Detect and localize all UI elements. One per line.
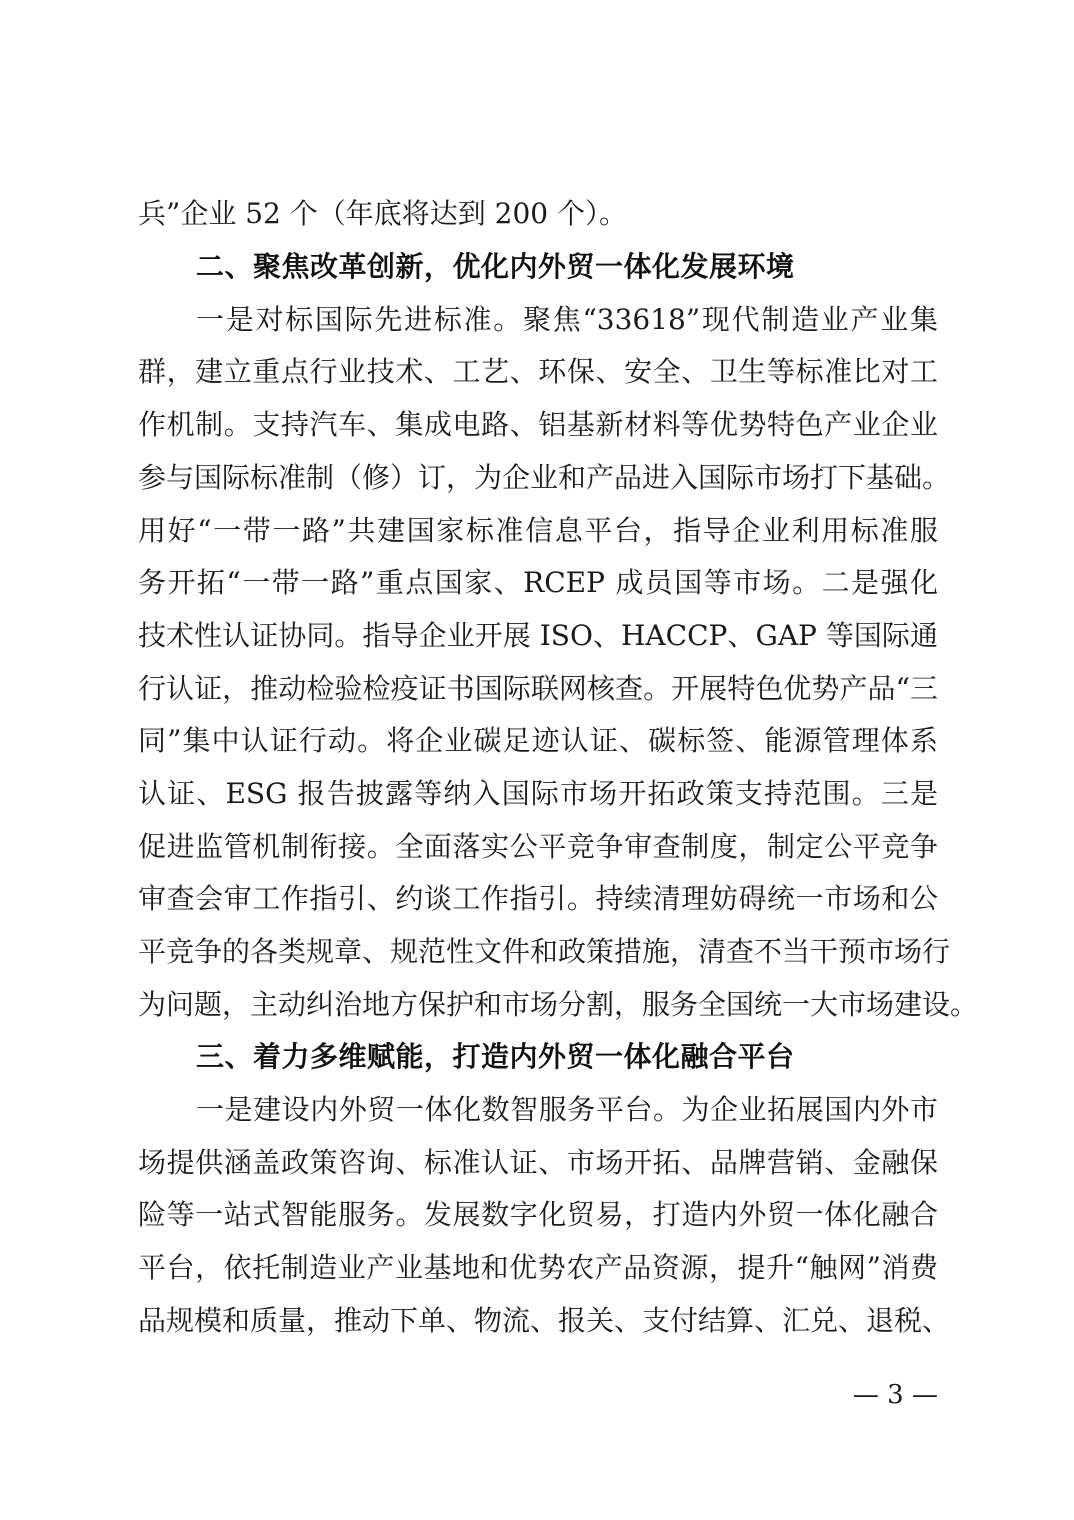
body-line: 为问题，主动纠治地方保护和市场分割，服务全国统一大市场建设。 [138,978,938,1032]
body-line: 一是对标国际先进标准。聚焦“33618”现代制造业产业集 [196,293,938,347]
body-line: 行认证，推动检验检疫证书国际联网核查。开展特色优势产品“三 [138,662,938,716]
paragraph-continuation: 兵”企业 52 个（年底将达到 200 个）。 [138,187,938,241]
body-line: 同”集中认证行动。将企业碳足迹认证、碳标签、能源管理体系 [138,714,938,768]
body-line: 场提供涵盖政策咨询、标准认证、市场开拓、品牌营销、金融保 [138,1136,938,1190]
section-heading-3: 三、着力多维赋能，打造内外贸一体化融合平台 [196,1030,795,1084]
body-line: 一是建设内外贸一体化数智服务平台。为企业拓展国内外市 [196,1083,938,1137]
body-line: 品规模和质量，推动下单、物流、报关、支付结算、汇兑、退税、 [138,1294,938,1348]
body-line: 技术性认证协同。指导企业开展 ISO、HACCP、GAP 等国际通 [138,609,938,663]
document-page: 兵”企业 52 个（年底将达到 200 个）。 二、聚焦改革创新，优化内外贸一体… [0,0,1074,1520]
body-line: 用好“一带一路”共建国家标准信息平台，指导企业利用标准服 [138,504,938,558]
body-line: 审查会审工作指引、约谈工作指引。持续清理妨碍统一市场和公 [138,872,938,926]
body-line: 作机制。支持汽车、集成电路、铝基新材料等优势特色产业企业 [138,398,938,452]
body-line: 认证、ESG 报告披露等纳入国际市场开拓政策支持范围。三是 [138,767,938,821]
section-heading-2: 二、聚焦改革创新，优化内外贸一体化发展环境 [196,240,795,294]
body-line: 平台，依托制造业产业基地和优势农产品资源，提升“触网”消费 [138,1241,938,1295]
body-line: 务开拓“一带一路”重点国家、RCEP 成员国等市场。二是强化 [138,556,938,610]
body-line: 促进监管机制衔接。全面落实公平竞争审查制度，制定公平竞争 [138,820,938,874]
page-number: — 3 — [846,1378,938,1412]
body-line: 险等一站式智能服务。发展数字化贸易，打造内外贸一体化融合 [138,1188,938,1242]
body-line: 平竞争的各类规章、规范性文件和政策措施，清查不当干预市场行 [138,925,938,979]
body-line: 参与国际标准制（修）订，为企业和产品进入国际市场打下基础。 [138,451,938,505]
body-line: 群，建立重点行业技术、工艺、环保、安全、卫生等标准比对工 [138,345,938,399]
